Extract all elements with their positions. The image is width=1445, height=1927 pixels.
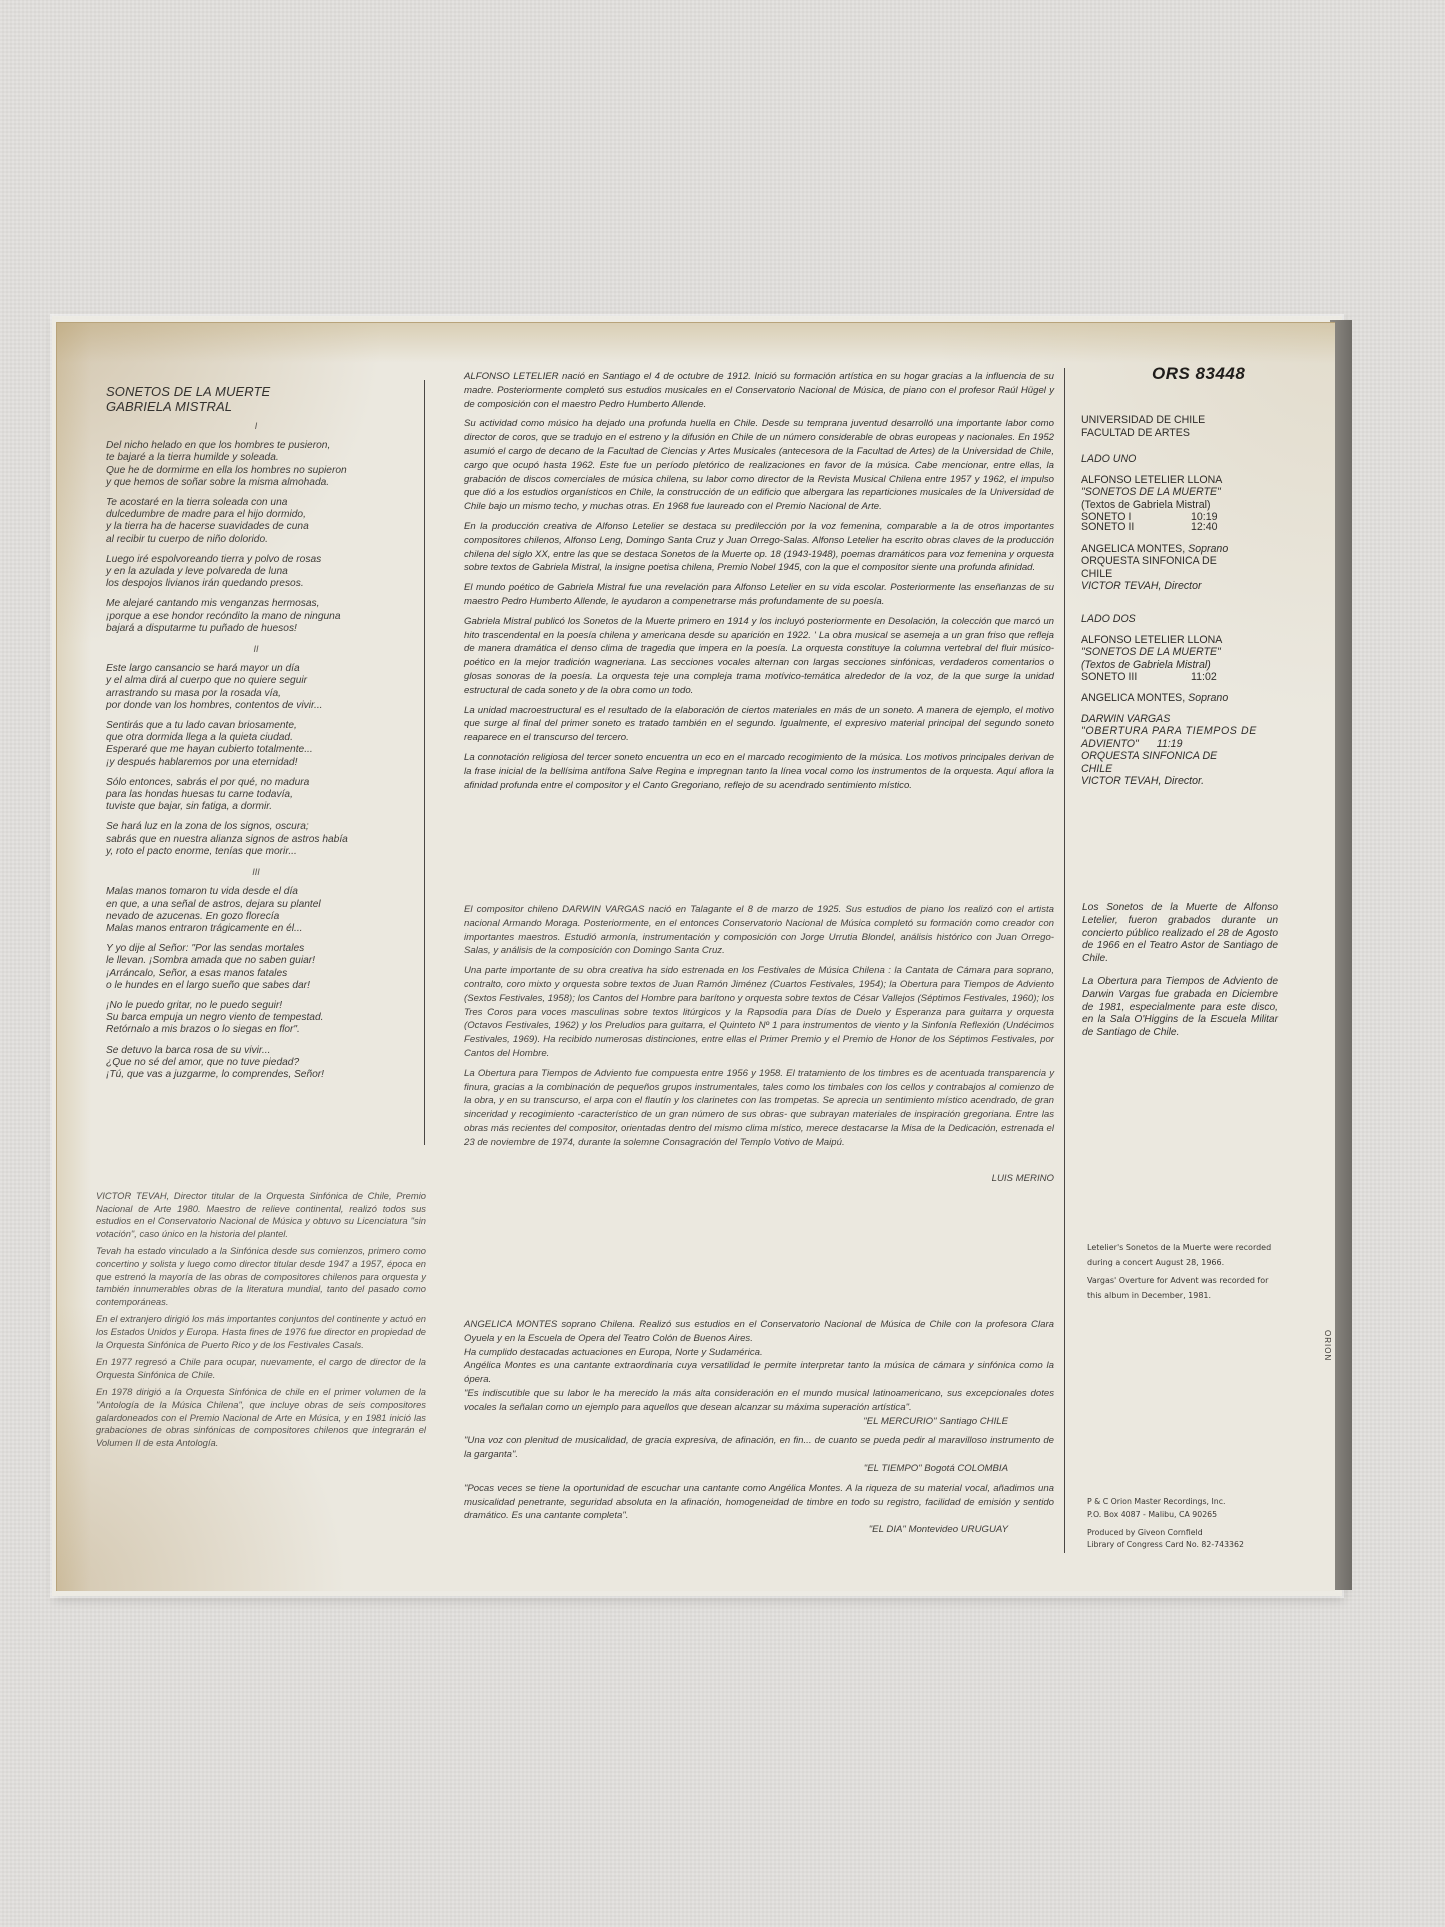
poem-line: Sentirás que a tu lado cavan briosamente… (106, 720, 406, 732)
column-divider-left (424, 380, 425, 1145)
vargas-notes: El compositor chileno DARWIN VARGAS naci… (464, 903, 1054, 1185)
track-title: SONETO III (1081, 671, 1191, 684)
bio-paragraph: En 1978 dirigió a la Orquesta Sinfónica … (96, 1386, 426, 1449)
side-two-tracks: SONETO III11:02 (1081, 671, 1281, 684)
track-row: SONETO II12:40 (1081, 522, 1281, 533)
poem-line: ¿Que no sé del amor, que no tuve piedad? (106, 1057, 406, 1069)
review-quote: "Una voz con plenitud de musicalidad, de… (464, 1434, 1054, 1462)
bio-line: ANGELICA MONTES soprano Chilena. Realizó… (464, 1318, 1054, 1346)
poem-line: bajará a disputarme tu puñado de huesos! (106, 623, 406, 635)
recording-note: La Obertura para Tiempos de Adviento de … (1082, 976, 1278, 1040)
poem-line: ¡No le puedo gritar, no le puedo seguir! (106, 1000, 406, 1012)
poem-line: Sólo entonces, sabrás el por qué, no mad… (106, 777, 406, 789)
side-one-work: "SONETOS DE LA MUERTE" (1081, 486, 1281, 499)
poem-line: en que, a una señal de astros, dejara su… (106, 899, 406, 911)
side-one-subtitle: (Textos de Gabriela Mistral) (1081, 499, 1281, 512)
faculty: FACULTAD DE ARTES (1081, 427, 1281, 440)
poem-line: tuviste que bajar, sin fatiga, a dormir. (106, 801, 406, 813)
poem-line: al recibir tu cuerpo de niño dolorido. (106, 534, 406, 546)
poem-line: y que hemos de soñar sobre la misma almo… (106, 477, 406, 489)
notes-paragraph: Una parte importante de su obra creativa… (464, 964, 1054, 1061)
poem-line: sabrás que en nuestra alianza signos de … (106, 834, 406, 846)
poem-line: Me alejaré cantando mis venganzas hermos… (106, 598, 406, 610)
poem-line: Malas manos entraron trágicamente en él.… (106, 923, 406, 935)
tracklist: UNIVERSIDAD DE CHILE FACULTAD DE ARTES L… (1081, 414, 1281, 802)
poem-title: SONETOS DE LA MUERTE (106, 384, 406, 399)
sonnet-numeral: I (106, 420, 406, 432)
notes-paragraph: El compositor chileno DARWIN VARGAS naci… (464, 903, 1054, 958)
review-source: "EL DIA" Montevideo URUGUAY (464, 1523, 1054, 1537)
poem-line: Luego iré espolvoreando tierra y polvo d… (106, 554, 406, 566)
bio-paragraph: En 1977 regresó a Chile para ocupar, nue… (96, 1356, 426, 1381)
poem-stanza: Del nicho helado en que los hombres te p… (106, 440, 406, 489)
side-one-composer: ALFONSO LETELIER LLONA (1081, 474, 1281, 487)
poem-line: y el alma dirá al cuerpo que no quiere s… (106, 675, 406, 687)
side-two-subtitle: (Textos de Gabriela Mistral) (1081, 659, 1281, 672)
poem-line: y la tierra ha de hacerse suavidades de … (106, 521, 406, 533)
tevah-biography: VICTOR TEVAH, Director titular de la Orq… (96, 1190, 426, 1454)
label-credits: P & C Orion Master Recordings, Inc. P.O.… (1087, 1496, 1317, 1557)
poem-body: IDel nicho helado en que los hombres te … (106, 420, 406, 1081)
side-two-soloist: ANGELICA MONTES, Soprano (1081, 692, 1281, 705)
publisher: P & C Orion Master Recordings, Inc. (1087, 1497, 1226, 1506)
poem-line: ¡porque a ese hondor recóndito la mano d… (106, 611, 406, 623)
poem-stanza: Sólo entonces, sabrás el por qué, no mad… (106, 777, 406, 814)
poem-line: ¡y después hablaremos por una eternidad! (106, 757, 406, 769)
side-two-label: LADO DOS (1081, 613, 1281, 626)
bio-line: Ha cumplido destacadas actuaciones en Eu… (464, 1346, 1054, 1360)
poem-line: Y yo dije al Señor: "Por las sendas mort… (106, 943, 406, 955)
poem-stanza: Sentirás que a tu lado cavan briosamente… (106, 720, 406, 769)
side-two-composer-2: DARWIN VARGAS (1081, 713, 1281, 726)
notes-paragraph: En la producción creativa de Alfonso Let… (464, 520, 1054, 575)
side-one-soloist: ANGELICA MONTES, Soprano (1081, 543, 1281, 556)
side-two-orchestra: ORQUESTA SINFONICA DE (1081, 750, 1281, 763)
letelier-notes: ALFONSO LETELIER nació en Santiago el 4 … (464, 370, 1054, 798)
poem-stanza: ¡No le puedo gritar, no le puedo seguir!… (106, 1000, 406, 1037)
notes-paragraph: La Obertura para Tiempos de Adviento fue… (464, 1067, 1054, 1150)
side-two-composer: ALFONSO LETELIER LLONA (1081, 634, 1281, 647)
poem-line: Este largo cansancio se hará mayor un dí… (106, 663, 406, 675)
poem-line: Retórnalo a mis brazos o lo siegas en fl… (106, 1024, 406, 1036)
poem-line: te bajaré a la tierra humilde y soleada. (106, 452, 406, 464)
notes-paragraph: Gabriela Mistral publicó los Sonetos de … (464, 615, 1054, 698)
recording-notes-spanish: Los Sonetos de la Muerte de Alfonso Lete… (1082, 902, 1278, 1050)
poem-stanza: Se hará luz en la zona de los signos, os… (106, 821, 406, 858)
poem-line: Se hará luz en la zona de los signos, os… (106, 821, 406, 833)
side-two-work-2: "OBERTURA PARA TIEMPOS DE (1081, 725, 1281, 738)
spine-label: ORION (1323, 1330, 1332, 1361)
recording-note: Vargas' Overture for Advent was recorded… (1087, 1273, 1277, 1304)
review-quote: "Pocas veces se tiene la oportunidad de … (464, 1482, 1054, 1523)
notes-paragraph: Su actividad como músico ha dejado una p… (464, 417, 1054, 514)
bio-paragraph: VICTOR TEVAH, Director titular de la Orq… (96, 1190, 426, 1240)
side-two-conductor: VICTOR TEVAH, Director. (1081, 775, 1281, 788)
poem-line: por donde van los hombres, contentos de … (106, 700, 406, 712)
bio-line: Angélica Montes es una cantante extraord… (464, 1359, 1054, 1387)
poem-line: para las hondas huesas tu carne todavía, (106, 789, 406, 801)
poem-section: SONETOS DE LA MUERTE GABRIELA MISTRAL ID… (106, 384, 406, 1089)
poem-stanza: Este largo cansancio se hará mayor un dí… (106, 663, 406, 712)
poem-line: Esperaré que me hayan cubierto totalment… (106, 744, 406, 756)
poem-line: arrastrando su masa por la rosada vía, (106, 688, 406, 700)
library-of-congress-card: Library of Congress Card No. 82-743362 (1087, 1540, 1244, 1549)
poem-stanza: Se detuvo la barca rosa de su vivir...¿Q… (106, 1045, 406, 1082)
poem-line: los despojos livianos irán quedando pres… (106, 578, 406, 590)
notes-paragraph: El mundo poético de Gabriela Mistral fue… (464, 581, 1054, 609)
track-duration: 11:02 (1191, 671, 1217, 684)
side-one-label: LADO UNO (1081, 453, 1281, 466)
poem-stanza: Y yo dije al Señor: "Por las sendas mort… (106, 943, 406, 992)
publisher-address: P.O. Box 4087 - Malibu, CA 90265 (1087, 1510, 1217, 1519)
poem-line: Su barca empuja un negro viento de tempe… (106, 1012, 406, 1024)
poem-stanza: Me alejaré cantando mis venganzas hermos… (106, 598, 406, 635)
notes-paragraph: La connotación religiosa del tercer sone… (464, 751, 1054, 792)
poem-stanza: Te acostaré en la tierra soleada con una… (106, 497, 406, 546)
institution: UNIVERSIDAD DE CHILE (1081, 414, 1281, 427)
sonnet-numeral: III (106, 866, 406, 878)
poem-line: Te acostaré en la tierra soleada con una (106, 497, 406, 509)
poem-line: dulcedumbre de madre para el hijo dormid… (106, 509, 406, 521)
notes-paragraph: La unidad macroestructural es el resulta… (464, 704, 1054, 745)
notes-paragraph: ALFONSO LETELIER nació en Santiago el 4 … (464, 370, 1054, 411)
track-duration: 12:40 (1191, 522, 1218, 533)
review-source: "EL MERCURIO" Santiago CHILE (464, 1415, 1054, 1429)
bio-paragraph: Tevah ha estado vinculado a la Sinfónica… (96, 1245, 426, 1308)
track-row: SONETO III11:02 (1081, 671, 1281, 684)
side-one-orchestra: ORQUESTA SINFONICA DE (1081, 555, 1281, 568)
poem-line: que otra dormida llega a la quieta ciuda… (106, 732, 406, 744)
recording-notes-english: Letelier's Sonetos de la Muerte were rec… (1087, 1240, 1277, 1306)
side-one-tracks: SONETO I10:19SONETO II12:40 (1081, 512, 1281, 533)
producer: Produced by Giveon Cornfield (1087, 1528, 1203, 1537)
review-quote: "Es indiscutible que su labor le ha mere… (464, 1387, 1054, 1415)
poem-line: y en la azulada y leve polvareda de luna (106, 566, 406, 578)
poem-line: ¡Tú, que vas a juzgarme, lo comprendes, … (106, 1069, 406, 1081)
recording-note: Letelier's Sonetos de la Muerte were rec… (1087, 1240, 1277, 1271)
side-two-work: "SONETOS DE LA MUERTE" (1081, 646, 1281, 659)
column-divider-right (1064, 368, 1065, 1553)
side-two-work-2-cont: ADVIENTO"11:19 (1081, 738, 1281, 751)
review-source: "EL TIEMPO" Bogotá COLOMBIA (464, 1462, 1054, 1476)
poem-line: ¡Arráncalo, Señor, a esas manos fatales (106, 968, 406, 980)
poem-line: o le hundes en el largo sueño que sabes … (106, 980, 406, 992)
poem-line: Malas manos tomaron tu vida desde el día (106, 886, 406, 898)
poem-line: Se detuvo la barca rosa de su vivir... (106, 1045, 406, 1057)
recording-note: Los Sonetos de la Muerte de Alfonso Lete… (1082, 902, 1278, 966)
track-title: SONETO II (1081, 522, 1191, 533)
side-one-conductor: VICTOR TEVAH, Director (1081, 580, 1281, 593)
montes-notes: ANGELICA MONTES soprano Chilena. Realizó… (464, 1318, 1054, 1543)
poem-stanza: Malas manos tomaron tu vida desde el día… (106, 886, 406, 935)
poem-line: y, roto el pacto enorme, tenías que mori… (106, 846, 406, 858)
author-signature: LUIS MERINO (464, 1172, 1054, 1186)
poem-line: le llevan. ¡Sombra amada que no saben gu… (106, 955, 406, 967)
bio-paragraph: En el extranjero dirigió los más importa… (96, 1313, 426, 1351)
catalog-number: ORS 83448 (1152, 364, 1245, 384)
poem-line: Que he de dormirme en ella los hombres n… (106, 465, 406, 477)
poem-line: nevado de azucenas. En gozo florecía (106, 911, 406, 923)
poem-line: Del nicho helado en que los hombres te p… (106, 440, 406, 452)
poem-author: GABRIELA MISTRAL (106, 399, 406, 414)
poem-stanza: Luego iré espolvoreando tierra y polvo d… (106, 554, 406, 591)
sonnet-numeral: II (106, 643, 406, 655)
